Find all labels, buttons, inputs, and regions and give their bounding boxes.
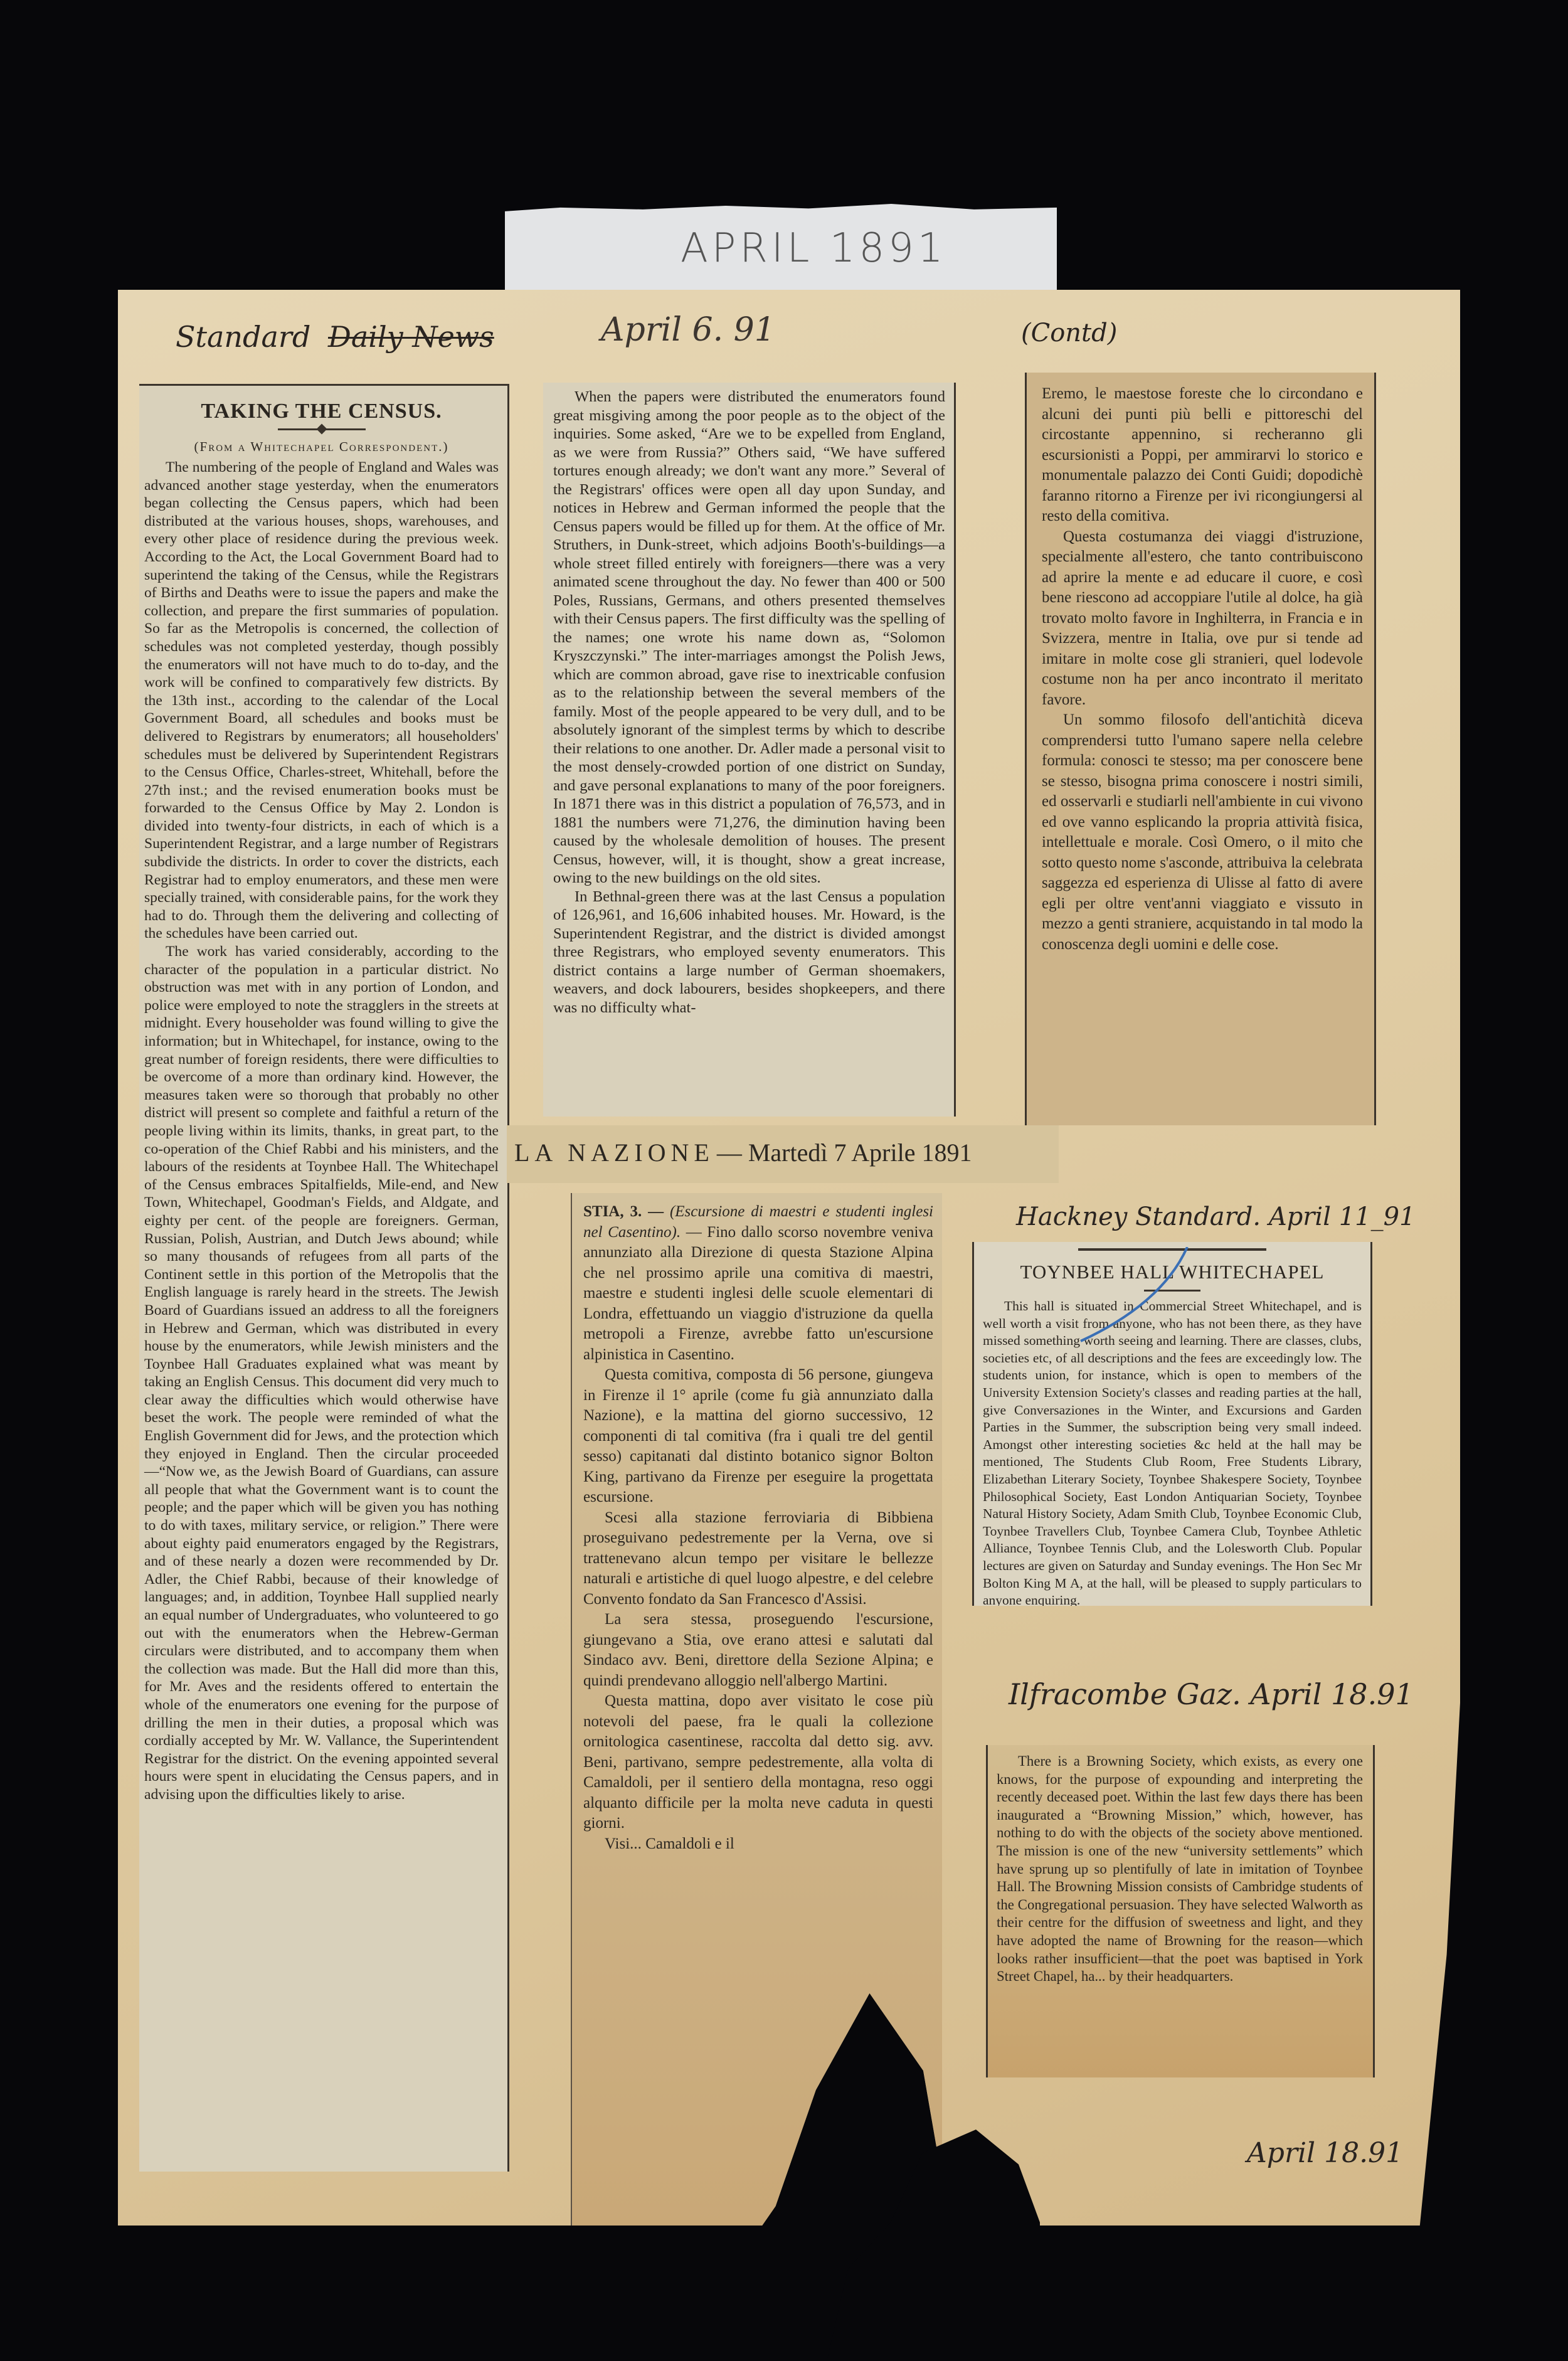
- census-continued-paragraph: In Bethnal-green there was at the last C…: [553, 888, 945, 1017]
- stia-lead-text: — Fino dallo scorso novembre veniva annu…: [583, 1224, 933, 1363]
- source-annotation-struck: Daily News: [328, 320, 494, 354]
- masthead-title: LA NAZIONE: [514, 1138, 714, 1167]
- stia-paragraph: La sera stessa, proseguendo l'escursione…: [583, 1610, 933, 1691]
- browning-text: There is a Browning Society, which exist…: [997, 1753, 1363, 1986]
- archive-label-text: APRIL 1891: [681, 225, 947, 272]
- la-nazione-masthead: LA NAZIONE — Martedì 7 Aprile 1891: [507, 1125, 1059, 1183]
- hackney-annotation: Hackney Standard. April 11_91: [1016, 1202, 1416, 1231]
- census-continued-paragraph: When the papers were distributed the enu…: [553, 388, 945, 888]
- ilfracombe-annotation: Ilfracombe Gaz. April 18.91: [1009, 1677, 1414, 1711]
- stia-paragraph: Scesi alla stazione ferroviaria di Bibbi…: [583, 1508, 933, 1610]
- scrapbook-page: Standard Daily News April 6. 91 (Contd) …: [118, 290, 1460, 2226]
- stia-paragraph-fragment: Visi... Camaldoli e il: [583, 1834, 933, 1855]
- stia-place: STIA, 3. —: [583, 1203, 664, 1220]
- torn-edge: [827, 2130, 1040, 2361]
- continued-annotation: (Contd): [1021, 319, 1117, 348]
- ornament-divider: [278, 428, 366, 430]
- browning-article-clipping: There is a Browning Society, which exist…: [986, 1745, 1375, 2077]
- masthead-dateline: — Martedì 7 Aprile 1891: [717, 1138, 972, 1167]
- census-continued-clipping: When the papers were distributed the enu…: [543, 383, 956, 1117]
- source-annotation-standard: Standard: [176, 320, 310, 354]
- stia-paragraph: Questa mattina, dopo aver visitato le co…: [583, 1691, 933, 1834]
- italian-paragraph: Eremo, le maestose foreste che lo circon…: [1042, 384, 1363, 527]
- census-paragraph: The numbering of the people of England a…: [144, 459, 499, 943]
- stia-article-clipping: STIA, 3. — (Escursione di maestri e stud…: [571, 1193, 942, 2226]
- census-paragraph: The work has varied considerably, accord…: [144, 943, 499, 1804]
- toynbee-article-clipping: TOYNBEE HALL WHITECHAPEL This hall is si…: [972, 1242, 1372, 1606]
- italian-continued-clipping: Eremo, le maestose foreste che lo circon…: [1025, 373, 1376, 1125]
- census-byline: (From a Whitechapel Correspondent.): [144, 439, 499, 455]
- census-headline: TAKING THE CENSUS.: [144, 400, 499, 423]
- census-article-clipping: TAKING THE CENSUS. (From a Whitechapel C…: [139, 384, 509, 2172]
- date-annotation-bottom: April 18.91: [1247, 2137, 1403, 2169]
- stia-paragraph: Questa comitiva, composta di 56 persone,…: [583, 1365, 933, 1508]
- blue-pencil-mark-icon: [1068, 1247, 1194, 1347]
- italian-paragraph: Questa costumanza dei viaggi d'istruzion…: [1042, 527, 1363, 711]
- date-annotation-top: April 6. 91: [601, 311, 775, 349]
- archive-label-strip: APRIL 1891: [505, 204, 1057, 297]
- stia-lead: STIA, 3. — (Escursione di maestri e stud…: [583, 1202, 933, 1365]
- italian-paragraph: Un sommo filosofo dell'antichità diceva …: [1042, 710, 1363, 955]
